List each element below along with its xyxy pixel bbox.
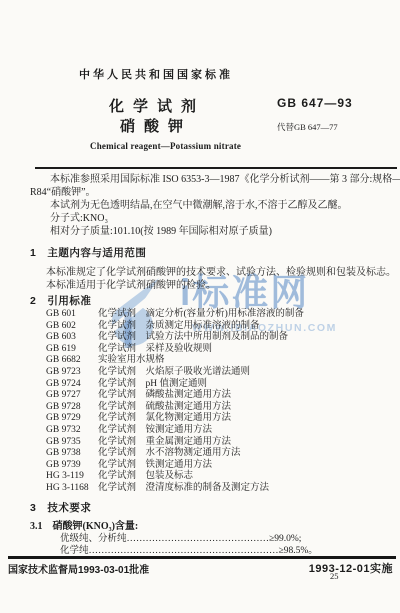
document-subtitle-english: Chemical reagent—Potassium nitrate — [90, 141, 241, 151]
reference-title: 化学试剂 澄清度标准的制备及测定方法 — [98, 483, 269, 495]
requirement-line-2: 化学纯……………………………………………………≥98.5%。 — [60, 542, 318, 556]
reference-title: 化学试剂 磷酸盐测定通用方法 — [98, 390, 231, 402]
reference-item: GB 9738化学试剂 水不溶物测定通用方法 — [46, 448, 304, 460]
reference-title: 化学试剂 水不溶物测定通用方法 — [98, 448, 241, 460]
reference-title: 化学试剂 铁测定通用方法 — [98, 460, 212, 472]
reference-code: GB 9738 — [46, 448, 90, 460]
reference-item: GB 9724化学试剂 pH 值测定通则 — [46, 379, 304, 391]
reference-title: 化学试剂 滴定分析(容量分析)用标准溶液的制备 — [98, 309, 304, 321]
implementation-date: 1993-12-01实施 — [309, 560, 393, 576]
reference-item: GB 602化学试剂 杂质测定用标准溶液的制备 — [46, 321, 304, 333]
reference-code: GB 9729 — [46, 413, 90, 425]
reference-title: 化学试剂 pH 值测定通则 — [98, 379, 207, 391]
document-title-line2: 硝酸钾 — [120, 115, 192, 136]
intro-section: 本标准参照采用国际标准 ISO 6353-3—1987《化学分析试剂——第 3 … — [30, 173, 398, 238]
footer-divider — [8, 556, 396, 559]
reference-code: GB 9724 — [46, 379, 90, 391]
title-divider — [35, 167, 397, 169]
reference-title: 化学试剂 包装及标志 — [98, 471, 193, 483]
reference-code: GB 9728 — [46, 402, 90, 414]
molecular-formula: 分子式:KNO₃ — [30, 212, 398, 225]
standard-header: 中华人民共和国国家标准 — [79, 66, 233, 82]
reference-title: 实验室用水规格 — [98, 355, 165, 367]
reference-item: GB 9729化学试剂 氯化物测定通用方法 — [46, 413, 304, 425]
reference-item: HG 3-119化学试剂 包装及标志 — [46, 471, 304, 483]
reference-item: GB 9735化学试剂 重金属测定通用方法 — [46, 437, 304, 449]
reference-item: GB 601化学试剂 滴定分析(容量分析)用标准溶液的制备 — [46, 309, 304, 321]
section2-heading: 2 引用标准 — [30, 293, 91, 308]
reference-item: GB 619化学试剂 采样及验收规则 — [46, 344, 304, 356]
intro-paragraph-2: 本试剂为无色透明结晶,在空气中微潮解,溶于水,不溶于乙醇及乙醚。 — [30, 199, 398, 212]
section1-heading: 1 主题内容与适用范围 — [30, 245, 146, 260]
reference-title: 化学试剂 杂质测定用标准溶液的制备 — [98, 321, 260, 333]
reference-title: 化学试剂 硫酸盐测定通用方法 — [98, 402, 231, 414]
intro-paragraph-1b: R84“硝酸钾”。 — [30, 186, 398, 199]
reference-code: GB 602 — [46, 321, 90, 333]
standard-number: GB 647—93 — [277, 96, 353, 110]
intro-paragraph-1: 本标准参照采用国际标准 ISO 6353-3—1987《化学分析试剂——第 3 … — [30, 173, 398, 186]
reference-list: GB 601化学试剂 滴定分析(容量分析)用标准溶液的制备 GB 602化学试剂… — [46, 309, 304, 495]
reference-item: GB 9727化学试剂 磷酸盐测定通用方法 — [46, 390, 304, 402]
reference-title: 化学试剂 铵测定通用方法 — [98, 425, 212, 437]
reference-title: 化学试剂 重金属测定通用方法 — [98, 437, 231, 449]
replaces-note: 代替GB 647—77 — [277, 121, 338, 133]
reference-title: 化学试剂 火焰原子吸收光谱法通则 — [98, 367, 250, 379]
reference-code: GB 9723 — [46, 367, 90, 379]
reference-item: GB 9728化学试剂 硫酸盐测定通用方法 — [46, 402, 304, 414]
reference-code: HG 3-1168 — [46, 483, 90, 495]
reference-title: 化学试剂 采样及验收规则 — [98, 344, 212, 356]
reference-item: GB 9723化学试剂 火焰原子吸收光谱法通则 — [46, 367, 304, 379]
molecular-weight: 相对分子质量:101.10(按 1989 年国际相对原子质量) — [30, 225, 398, 238]
document-page: i标准网 WWW.IBIAOZHUN.COM 中华人民共和国国家标准 化学试剂 … — [0, 0, 400, 613]
approval-note: 国家技术监督局1993-03-01批准 — [8, 561, 149, 576]
reference-code: GB 9732 — [46, 425, 90, 437]
reference-title: 化学试剂 氯化物测定通用方法 — [98, 413, 231, 425]
document-title-line1: 化学试剂 — [109, 95, 205, 116]
reference-code: GB 9735 — [46, 437, 90, 449]
reference-code: GB 6682 — [46, 355, 90, 367]
reference-item: GB 9739化学试剂 铁测定通用方法 — [46, 460, 304, 472]
section3-heading: 3 技术要求 — [30, 500, 91, 515]
page-number: 25 — [330, 571, 339, 581]
reference-item: GB 603化学试剂 试验方法中所用制剂及制品的制备 — [46, 332, 304, 344]
reference-code: GB 9727 — [46, 390, 90, 402]
reference-code: GB 619 — [46, 344, 90, 356]
reference-code: GB 603 — [46, 332, 90, 344]
reference-code: GB 601 — [46, 309, 90, 321]
reference-code: HG 3-119 — [46, 471, 90, 483]
reference-item: GB 6682实验室用水规格 — [46, 355, 304, 367]
reference-code: GB 9739 — [46, 460, 90, 472]
reference-item: GB 9732化学试剂 铵测定通用方法 — [46, 425, 304, 437]
section1-paragraph-2: 本标准适用于化学试剂硝酸钾的检验。 — [46, 276, 216, 291]
reference-item: HG 3-1168化学试剂 澄清度标准的制备及测定方法 — [46, 483, 304, 495]
reference-title: 化学试剂 试验方法中所用制剂及制品的制备 — [98, 332, 288, 344]
